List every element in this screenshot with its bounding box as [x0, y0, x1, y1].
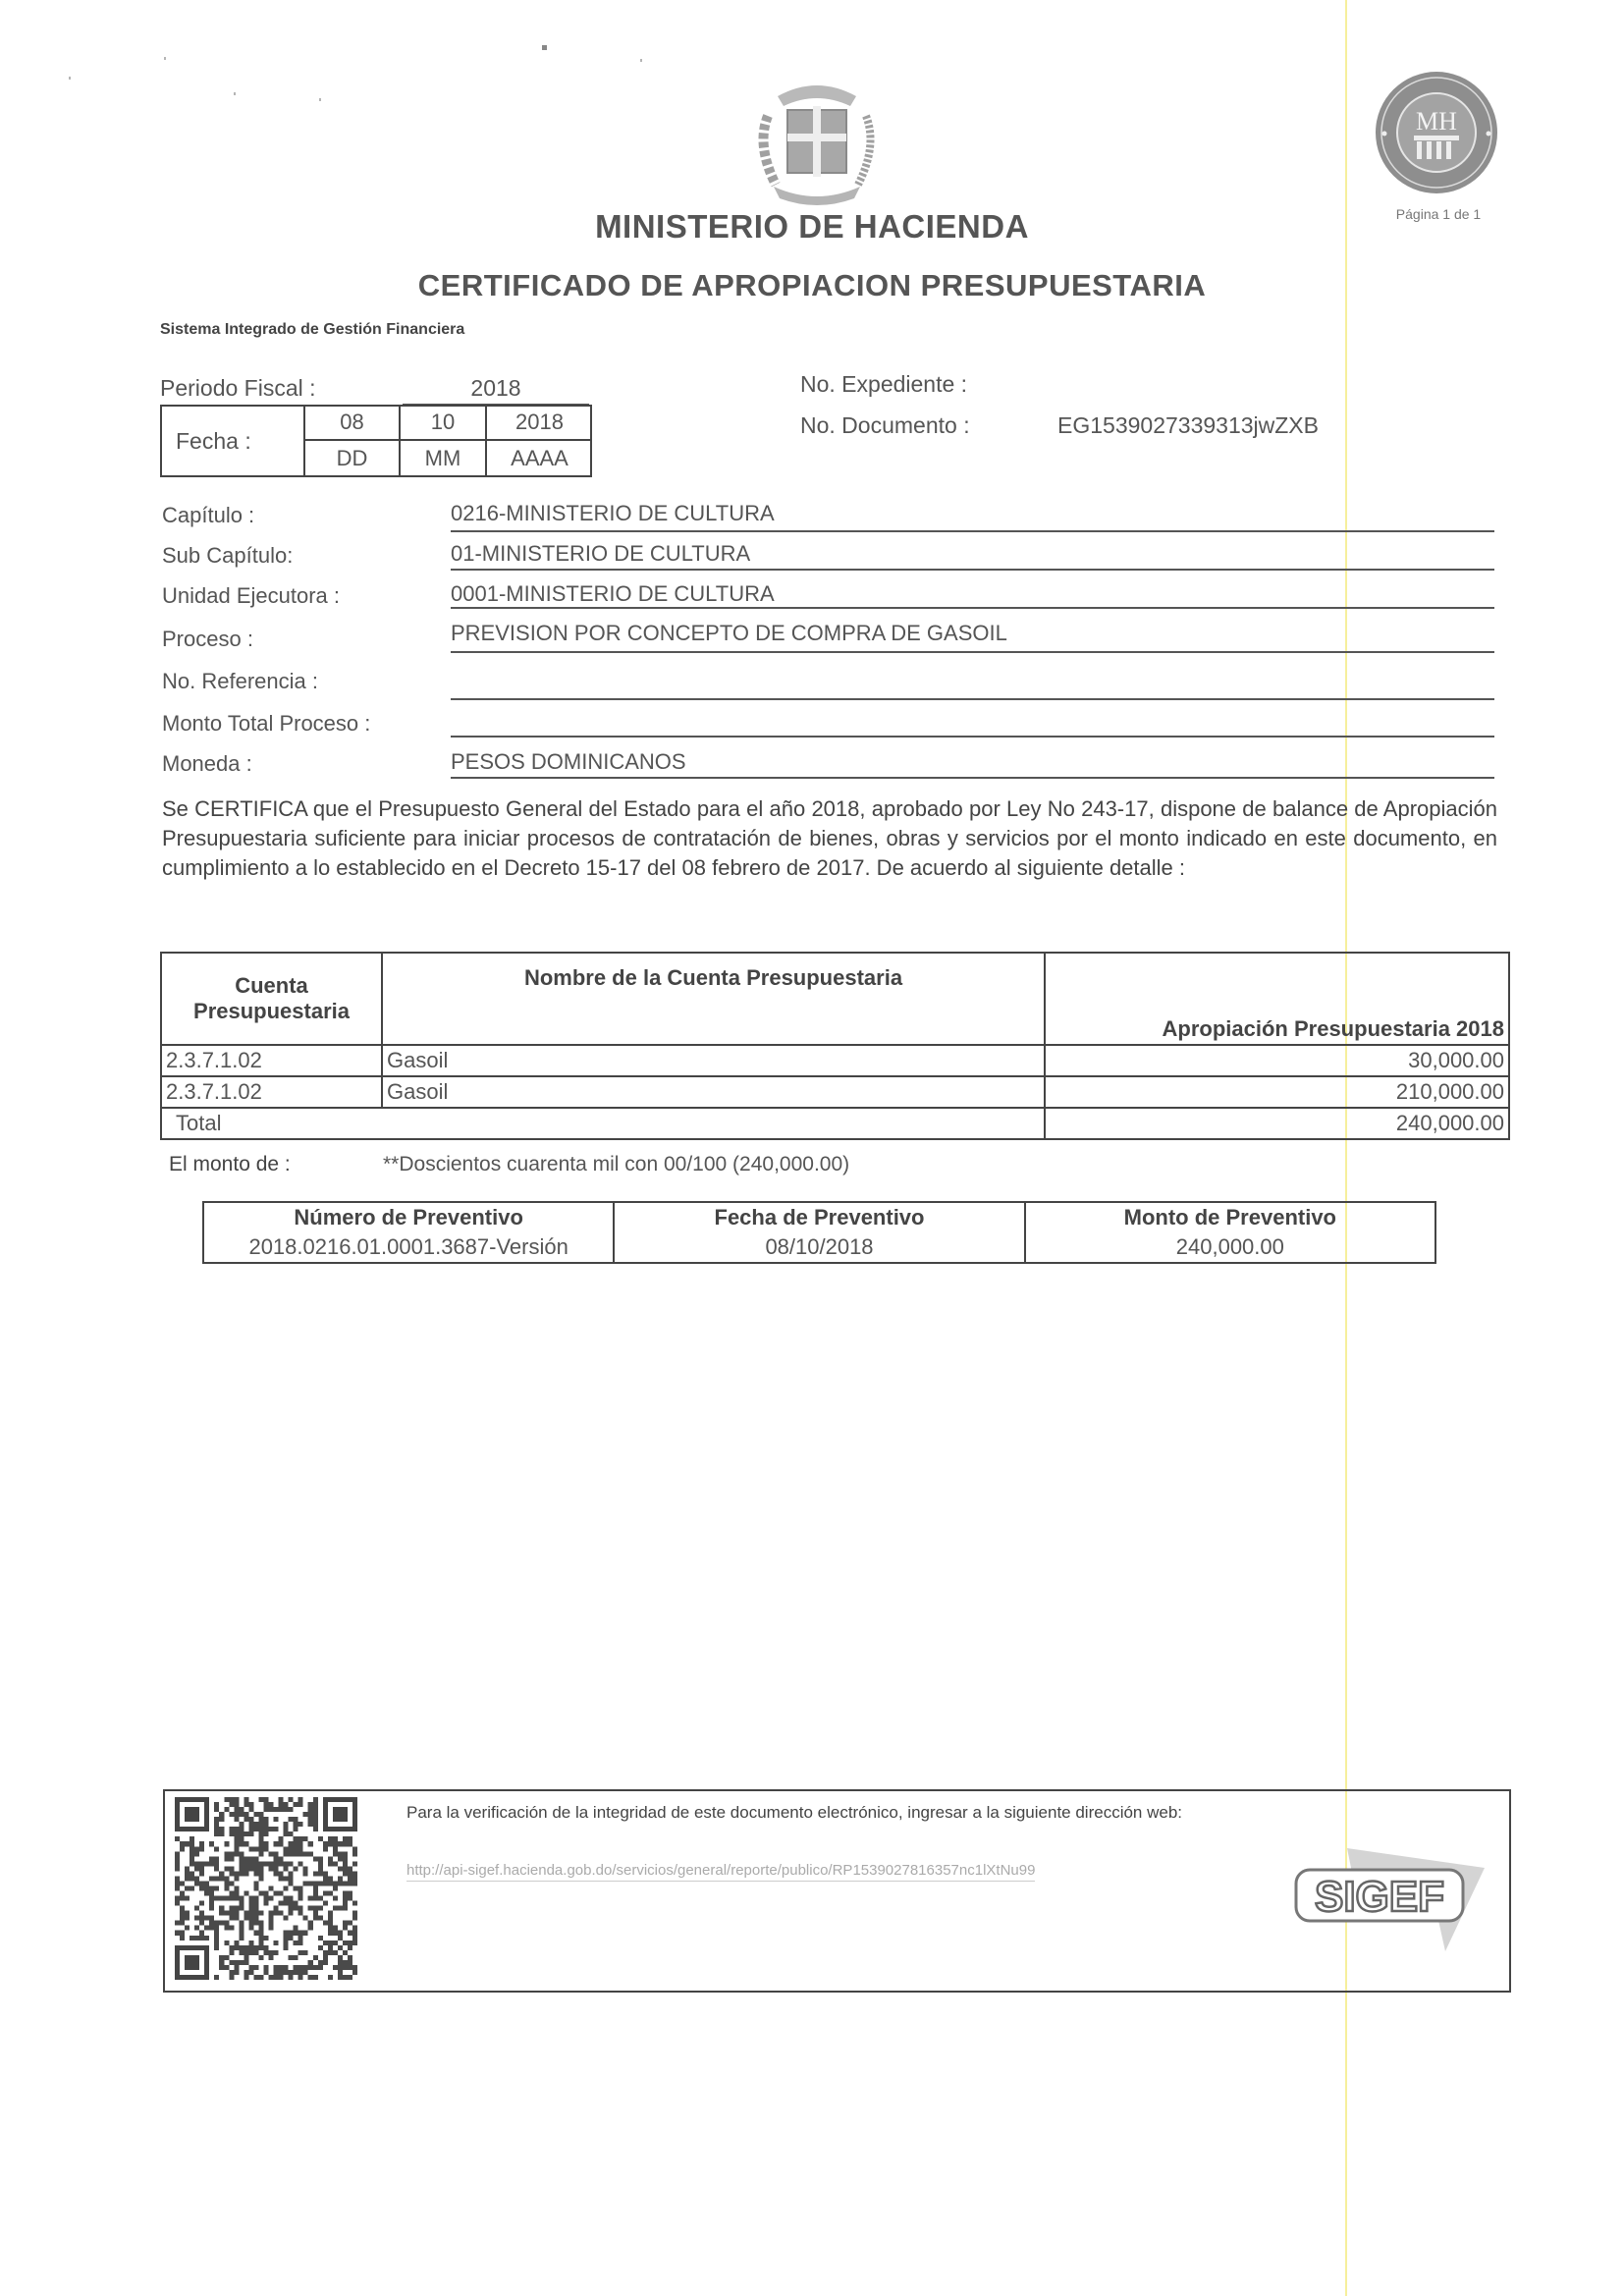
monto-words-value: **Doscientos cuarenta mil con 00/100 (24…	[383, 1153, 849, 1176]
documento-label: No. Documento :	[800, 412, 970, 439]
monto-words-label: El monto de :	[169, 1153, 291, 1176]
budget-table: Cuenta Presupuestaria Nombre de la Cuent…	[160, 952, 1510, 1140]
monto-total-proceso-label: Monto Total Proceso :	[162, 711, 370, 737]
total-label: Total	[161, 1108, 1045, 1139]
header-monto-preventivo: Monto de Preventivo	[1025, 1202, 1435, 1232]
monto-cell: 30,000.00	[1045, 1045, 1509, 1076]
header-fecha-preventivo: Fecha de Preventivo	[614, 1202, 1024, 1232]
nombre-cell: Gasoil	[382, 1076, 1045, 1108]
svg-text:SIGEF: SIGEF	[1315, 1873, 1444, 1921]
document-title: CERTIFICADO DE APROPIACION PRESUPUESTARI…	[0, 268, 1624, 303]
fecha-day: 08	[305, 410, 399, 435]
ministry-seal-icon: MH	[1373, 69, 1500, 196]
system-name: Sistema Integrado de Gestión Financiera	[160, 321, 464, 339]
fecha-label: Fecha :	[176, 428, 251, 455]
monto-preventivo-value: 240,000.00	[1025, 1232, 1435, 1263]
header-apropiacion: Apropiación Presupuestaria 2018	[1045, 953, 1509, 1045]
fecha-day-unit: DD	[305, 446, 399, 471]
fecha-year-unit: AAAA	[487, 446, 592, 471]
fecha-month-unit: MM	[401, 446, 485, 471]
sub-capitulo-value: 01-MINISTERIO DE CULTURA	[451, 541, 750, 567]
header-cuenta: Cuenta Presupuestaria	[161, 953, 382, 1045]
total-value: 240,000.00	[1045, 1108, 1509, 1139]
periodo-fiscal-value: 2018	[403, 375, 589, 407]
unidad-ejecutora-label: Unidad Ejecutora :	[162, 583, 340, 609]
ministry-title: MINISTERIO DE HACIENDA	[0, 208, 1624, 246]
capitulo-label: Capítulo :	[162, 503, 254, 528]
nombre-cell: Gasoil	[382, 1045, 1045, 1076]
unidad-ejecutora-value: 0001-MINISTERIO DE CULTURA	[451, 581, 775, 607]
fecha-month: 10	[401, 410, 485, 435]
fecha-preventivo-value: 08/10/2018	[614, 1232, 1024, 1263]
sigef-logo-icon: SIGEF	[1288, 1829, 1504, 1956]
svg-text:MH: MH	[1416, 107, 1457, 136]
proceso-value: PREVISION POR CONCEPTO DE COMPRA DE GASO…	[451, 621, 1007, 646]
header-nombre: Nombre de la Cuenta Presupuestaria	[382, 953, 1045, 1045]
certification-text: Se CERTIFICA que el Presupuesto General …	[162, 794, 1497, 883]
documento-value: EG1539027339313jwZXB	[1057, 412, 1319, 439]
total-row: Total 240,000.00	[161, 1108, 1509, 1139]
cuenta-cell: 2.3.7.1.02	[161, 1076, 382, 1108]
fecha-year: 2018	[487, 410, 592, 435]
moneda-label: Moneda :	[162, 751, 252, 777]
coat-of-arms-icon	[748, 77, 886, 210]
periodo-fiscal-label: Periodo Fiscal :	[160, 375, 316, 402]
capitulo-value: 0216-MINISTERIO DE CULTURA	[451, 501, 775, 526]
table-row: 2018.0216.01.0001.3687-Versión 08/10/201…	[203, 1232, 1435, 1263]
verification-link[interactable]: http://api-sigef.hacienda.gob.do/servici…	[406, 1862, 1035, 1882]
numero-preventivo-value: 2018.0216.01.0001.3687-Versión	[203, 1232, 614, 1263]
qr-code-icon[interactable]	[175, 1797, 357, 1980]
verification-text: Para la verificación de la integridad de…	[406, 1801, 1271, 1824]
expediente-label: No. Expediente :	[800, 371, 967, 398]
cuenta-cell: 2.3.7.1.02	[161, 1045, 382, 1076]
fecha-box: Fecha : 08 10 2018 DD MM AAAA	[160, 405, 592, 477]
no-referencia-label: No. Referencia :	[162, 669, 318, 694]
table-row: 2.3.7.1.02 Gasoil 210,000.00	[161, 1076, 1509, 1108]
preventivo-table: Número de Preventivo Fecha de Preventivo…	[202, 1201, 1436, 1264]
table-row: 2.3.7.1.02 Gasoil 30,000.00	[161, 1045, 1509, 1076]
moneda-value: PESOS DOMINICANOS	[451, 749, 686, 775]
monto-cell: 210,000.00	[1045, 1076, 1509, 1108]
header-numero-preventivo: Número de Preventivo	[203, 1202, 614, 1232]
proceso-label: Proceso :	[162, 627, 253, 652]
sub-capitulo-label: Sub Capítulo:	[162, 543, 293, 569]
